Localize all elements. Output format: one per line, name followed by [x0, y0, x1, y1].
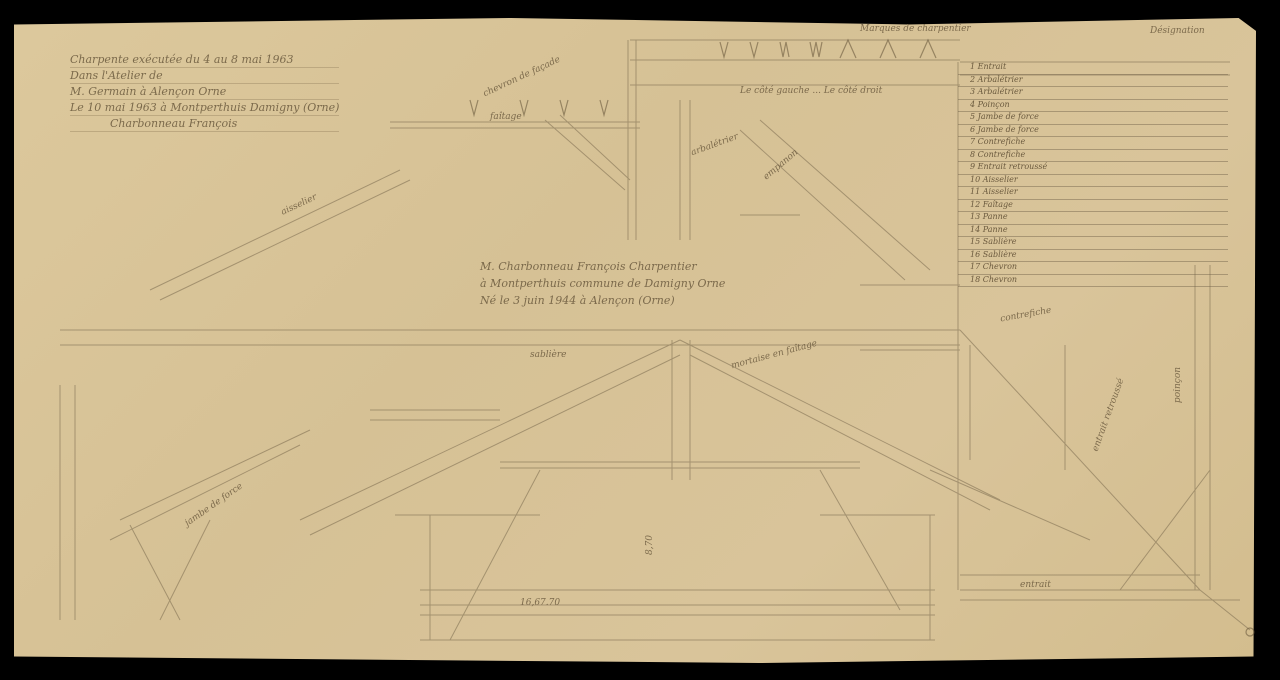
table-row: 11 Aisselier: [958, 187, 1228, 200]
table-row: 7 Contrefiche: [958, 137, 1228, 150]
label-marques-header: Marques de charpentier: [860, 24, 971, 34]
table-row: 12 Faîtage: [958, 200, 1228, 213]
table-row: 3 Arbalétrier: [958, 87, 1228, 100]
table-header-designation: Désignation: [1150, 26, 1205, 36]
table-row: 1 Entrait: [958, 62, 1228, 75]
title-line-1: Charpente exécutée du 4 au 8 mai 1963: [70, 52, 339, 68]
table-row: 18 Chevron: [958, 275, 1228, 288]
note-line-1: M. Charbonneau François Charpentier: [480, 258, 725, 275]
label-dimension: 16,67.70: [520, 598, 560, 608]
title-line-5: Charbonneau François: [70, 116, 339, 132]
note-line-3: Né le 3 juin 1944 à Alençon (Orne): [480, 292, 725, 309]
label-cote: Le côté gauche ... Le côté droit: [740, 86, 882, 96]
table-row: 8 Contrefiche: [958, 150, 1228, 163]
label-faitage: faîtage: [490, 112, 522, 122]
table-row: 13 Panne: [958, 212, 1228, 225]
table-row: 2 Arbalétrier: [958, 75, 1228, 88]
title-line-4: Le 10 mai 1963 à Montperthuis Damigny (O…: [70, 100, 339, 116]
title-line-2: Dans l'Atelier de: [70, 68, 339, 84]
table-row: 14 Panne: [958, 225, 1228, 238]
marks-table: 1 Entrait 2 Arbalétrier 3 Arbalétrier 4 …: [958, 62, 1228, 287]
title-line-3: M. Germain à Alençon Orne: [70, 84, 339, 100]
table-row: 9 Entrait retroussé: [958, 162, 1228, 175]
table-row: 16 Sablière: [958, 250, 1228, 263]
table-row: 15 Sablière: [958, 237, 1228, 250]
label-sabliere: sablière: [530, 350, 566, 360]
title-block: Charpente exécutée du 4 au 8 mai 1963 Da…: [70, 52, 339, 132]
table-row: 4 Poinçon: [958, 100, 1228, 113]
table-row: 10 Aisselier: [958, 175, 1228, 188]
table-row: 17 Chevron: [958, 262, 1228, 275]
table-row: 6 Jambe de force: [958, 125, 1228, 138]
label-entrait: entrait: [1020, 580, 1051, 590]
table-row: 5 Jambe de force: [958, 112, 1228, 125]
label-cote-verticale: 8,70: [645, 535, 655, 555]
note-line-2: à Montperthuis commune de Damigny Orne: [480, 275, 725, 292]
author-note: M. Charbonneau François Charpentier à Mo…: [480, 258, 725, 309]
label-poincon: poinçon: [1173, 367, 1183, 403]
